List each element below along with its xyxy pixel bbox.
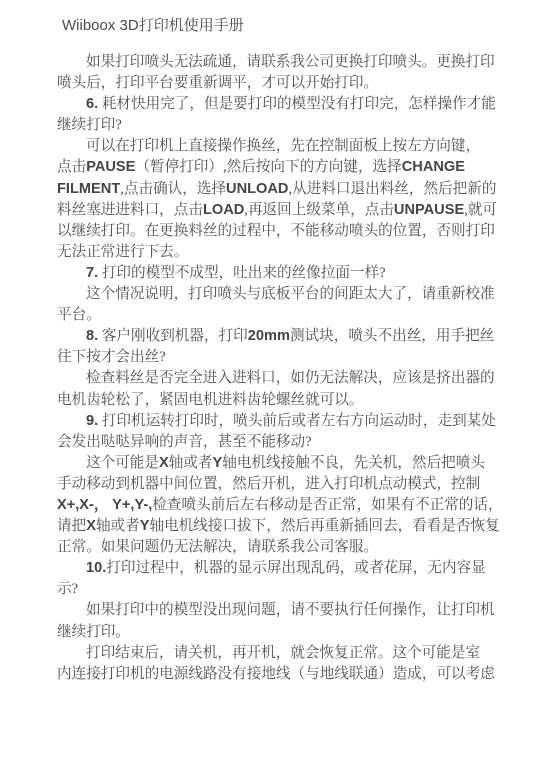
text-run: 如果打印中的模型没出现问题，请不要执行任何操作，让打印机 <box>86 602 495 618</box>
text-run: （暂停打印）,然后按向下的方向键，选择 <box>135 159 401 175</box>
text-line: 8. 客户刚收到机器，打印20mm测试块，喷头不出丝，用手把丝 <box>57 326 497 347</box>
manual-page: Wiiboox 3D打印机使用手册 如果打印喷头无法疏通，请联系我公司更换打印喷… <box>0 0 543 768</box>
text-line: 内连接打印机的电源线路没有接地线（与地线联通）造成，可以考虑 <box>57 664 497 685</box>
text-line: 如果打印喷头无法疏通，请联系我公司更换打印喷头。更换打印 <box>57 52 497 73</box>
text-run: 如果打印喷头无法疏通，请联系我公司更换打印喷头。更换打印 <box>86 54 495 70</box>
text-run: 这个情况说明，打印喷头与底板平台的间距太大了，请重新校准 <box>86 286 495 302</box>
text-run: 电机齿轮松了，紧固电机进料齿轮螺丝就可以。 <box>57 392 363 408</box>
bold-text-run: FILMENT <box>57 181 120 197</box>
text-run: 检查喷头前后左右移动是否正常，如果有不正常的话， <box>152 497 502 513</box>
text-run: 耗材快用完了，但是要打印的模型没有打印完，怎样操作才能 <box>98 96 496 112</box>
text-run: 喷头后，打印平台要重新调平，才可以开始打印。 <box>57 75 378 91</box>
bold-text-run: PAUSE <box>86 159 135 175</box>
text-run: 料丝塞进进料口，点击 <box>57 202 203 218</box>
text-run: 继续打印。 <box>57 624 130 640</box>
bold-text-run: CHANGE <box>402 159 465 175</box>
bold-text-run: Y+,Y-, <box>112 497 152 513</box>
text-line: 会发出哒哒异响的声音，甚至不能移动? <box>57 432 497 453</box>
text-run: 正常。如果问题仍无法解决，请联系我公司客服。 <box>57 539 378 555</box>
bold-text-run: 7. <box>86 265 98 281</box>
text-line: 这个可能是X轴或者Y轴电机线接触不良，先关机，然后把喷头 <box>57 453 497 474</box>
text-run: ,就可 <box>464 202 497 218</box>
text-line: 料丝塞进进料口，点击LOAD,再返回上级菜单，点击UNPAUSE,就可 <box>57 200 497 221</box>
text-run: 继续打印? <box>57 117 122 133</box>
text-line: X+,X-， Y+,Y-,检查喷头前后左右移动是否正常，如果有不正常的话， <box>57 495 497 516</box>
text-run: 客户刚收到机器，打印 <box>98 328 248 344</box>
text-run: ,再返回上级菜单，点击 <box>244 202 394 218</box>
bold-text-run: 10. <box>86 560 106 576</box>
text-line: 平台。 <box>57 305 497 326</box>
text-run: 打印结束后，请关机，再开机，就会恢复正常。这个可能是室 <box>86 645 480 661</box>
text-run: 轴或者 <box>96 518 140 534</box>
text-run: 打印的模型不成型，吐出来的丝像拉面一样? <box>98 265 385 281</box>
bold-text-run: X+,X-， <box>57 497 109 513</box>
bold-text-run: X <box>159 455 169 471</box>
text-line: 往下按才会出丝? <box>57 347 497 368</box>
text-run: 内连接打印机的电源线路没有接地线（与地线联通）造成，可以考虑 <box>57 666 495 682</box>
text-run: ,从进料口退出料丝，然后把新的 <box>288 181 496 197</box>
text-line: 9. 打印机运转打印时，喷头前后或者左右方向运动时，走到某处 <box>57 411 497 432</box>
bold-text-run: UNPAUSE <box>394 202 464 218</box>
text-line: 喷头后，打印平台要重新调平，才可以开始打印。 <box>57 73 497 94</box>
text-line: 可以在打印机上直接操作换丝，先在控制面板上按左方向键， <box>57 136 497 157</box>
bold-text-run: Y <box>213 455 223 471</box>
bold-text-run: 6. <box>86 96 98 112</box>
text-line: 继续打印? <box>57 115 497 136</box>
body-text: 如果打印喷头无法疏通，请联系我公司更换打印喷头。更换打印喷头后，打印平台要重新调… <box>57 52 497 685</box>
bold-text-run: UNLOAD <box>226 181 288 197</box>
text-run: 打印机运转打印时，喷头前后或者左右方向运动时，走到某处 <box>98 413 496 429</box>
text-line: 打印结束后，请关机，再开机，就会恢复正常。这个可能是室 <box>57 643 497 664</box>
text-line: 以继续打印。在更换料丝的过程中，不能移动喷头的位置，否则打印 <box>57 221 497 242</box>
text-run: 可以在打印机上直接操作换丝，先在控制面板上按左方向键， <box>86 138 480 154</box>
text-line: 点击PAUSE（暂停打印）,然后按向下的方向键，选择CHANGE <box>57 157 497 178</box>
text-run: 以继续打印。在更换料丝的过程中，不能移动喷头的位置，否则打印 <box>57 223 495 239</box>
page-title: Wiiboox 3D打印机使用手册 <box>62 14 244 35</box>
text-run: 平台。 <box>57 307 101 323</box>
text-line: 无法正常进行下去。 <box>57 242 497 263</box>
text-line: 正常。如果问题仍无法解决，请联系我公司客服。 <box>57 537 497 558</box>
text-run: ,点击确认，选择 <box>120 181 226 197</box>
bold-text-run: X <box>86 518 96 534</box>
text-run: 这个可能是 <box>86 455 159 471</box>
bold-text-run: LOAD <box>203 202 244 218</box>
text-run: 会发出哒哒异响的声音，甚至不能移动? <box>57 434 312 450</box>
text-run: 示? <box>57 581 78 597</box>
text-line: 如果打印中的模型没出现问题，请不要执行任何操作，让打印机 <box>57 600 497 621</box>
bold-text-run: 20mm <box>248 328 290 344</box>
text-run: 轴电机线接口拔下，然后再重新插回去，看看是否恢复 <box>149 518 499 534</box>
bold-text-run: Y <box>140 518 150 534</box>
text-run: 请把 <box>57 518 86 534</box>
bold-text-run: 8. <box>86 328 98 344</box>
text-line: 示? <box>57 579 497 600</box>
text-run: 手动移动到机器中间位置，然后开机，进入打印机点动模式，控制 <box>57 476 480 492</box>
text-line: 请把X轴或者Y轴电机线接口拔下，然后再重新插回去，看看是否恢复 <box>57 516 497 537</box>
text-run: 轴或者 <box>169 455 213 471</box>
text-run: 测试块，喷头不出丝，用手把丝 <box>290 328 494 344</box>
text-line: 手动移动到机器中间位置，然后开机，进入打印机点动模式，控制 <box>57 474 497 495</box>
text-line: 这个情况说明，打印喷头与底板平台的间距太大了，请重新校准 <box>57 284 497 305</box>
text-line: 7. 打印的模型不成型，吐出来的丝像拉面一样? <box>57 263 497 284</box>
text-line: 电机齿轮松了，紧固电机进料齿轮螺丝就可以。 <box>57 390 497 411</box>
text-run: 无法正常进行下去。 <box>57 244 188 260</box>
text-line: 6. 耗材快用完了，但是要打印的模型没有打印完，怎样操作才能 <box>57 94 497 115</box>
text-run: 往下按才会出丝? <box>57 349 166 365</box>
text-line: FILMENT,点击确认，选择UNLOAD,从进料口退出料丝，然后把新的 <box>57 179 497 200</box>
text-run: 打印过程中，机器的显示屏出现乱码，或者花屏，无内容显 <box>106 560 485 576</box>
text-line: 继续打印。 <box>57 622 497 643</box>
text-run: 检查料丝是否完全进入进料口，如仍无法解决，应该是挤出器的 <box>86 370 495 386</box>
text-run: 轴电机线接触不良，先关机，然后把喷头 <box>222 455 485 471</box>
text-line: 检查料丝是否完全进入进料口，如仍无法解决，应该是挤出器的 <box>57 368 497 389</box>
bold-text-run: 9. <box>86 413 98 429</box>
text-line: 10.打印过程中，机器的显示屏出现乱码，或者花屏，无内容显 <box>57 558 497 579</box>
text-run: 点击 <box>57 159 86 175</box>
